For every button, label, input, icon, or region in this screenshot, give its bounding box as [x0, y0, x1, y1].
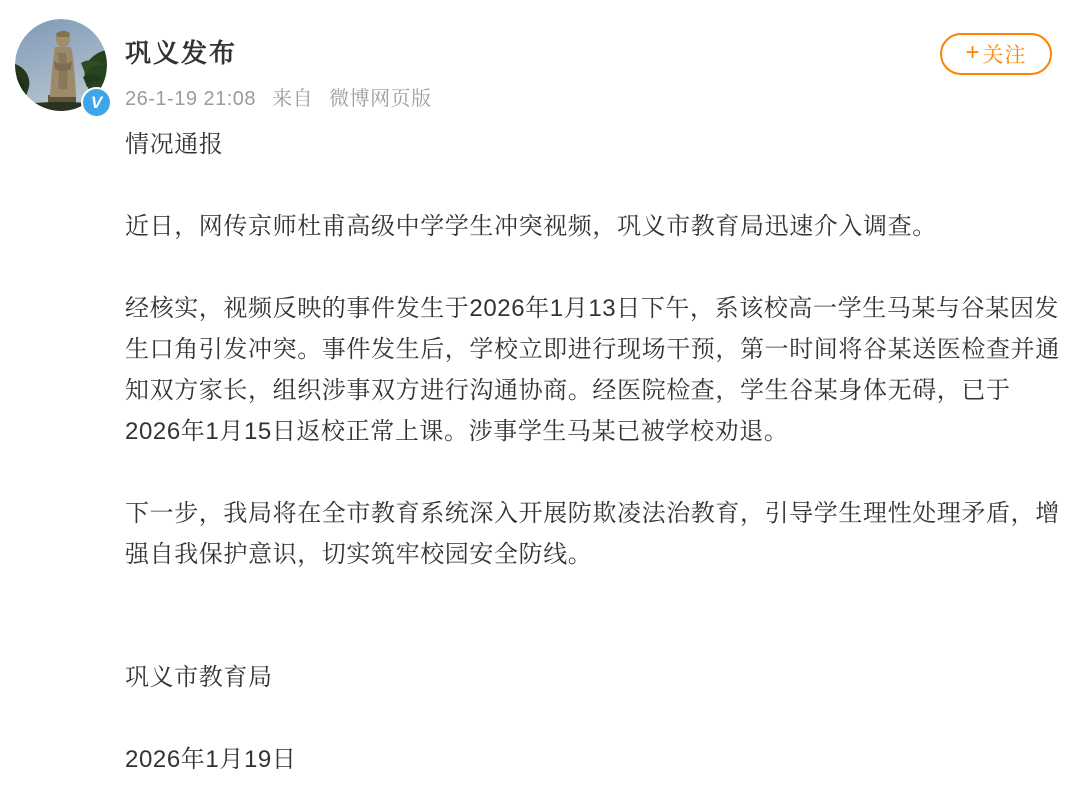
content-line-9: 下一步，我局将在全市教育系统深入开展防欺凌法治教育，引导学生理性处理矛盾，增 [125, 493, 1057, 534]
post-time: 26-1-19 21:08 [125, 88, 256, 110]
verified-badge-icon: V [81, 87, 112, 118]
avatar[interactable]: V [15, 19, 107, 111]
content-line-7: 2026年1月15日返校正常上课。涉事学生马某已被学校劝退。 [125, 411, 1057, 452]
content-line-11 [125, 575, 1057, 616]
weibo-post: V 巩义发布 26-1-19 21:08 来自 微博网页版 + 关注 情况通报近… [0, 0, 1080, 787]
content-line-14 [125, 698, 1057, 739]
follow-button-label: 关注 [983, 39, 1027, 69]
source-link[interactable]: 微博网页版 [329, 88, 432, 110]
content-line-6: 知双方家长，组织涉事双方进行沟通协商。经医院检查，学生谷某身体无碍，已于 [125, 370, 1057, 411]
content-line-5: 生口角引发冲突。事件发生后，学校立即进行现场干预，第一时间将谷某送医检查并通 [125, 329, 1057, 370]
content-line-12 [125, 616, 1057, 657]
author-name[interactable]: 巩义发布 [125, 33, 237, 70]
post-content: 情况通报近日，网传京师杜甫高级中学学生冲突视频，巩义市教育局迅速介入调查。经核实… [125, 124, 1057, 780]
follow-button[interactable]: + 关注 [940, 33, 1052, 75]
content-line-4: 经核实，视频反映的事件发生于2026年1月13日下午，系该校高一学生马某与谷某因… [125, 288, 1057, 329]
post-meta: 26-1-19 21:08 来自 微博网页版 [125, 82, 432, 111]
source-label: 来自 [272, 88, 313, 110]
content-line-2: 近日，网传京师杜甫高级中学学生冲突视频，巩义市教育局迅速介入调查。 [125, 206, 1057, 247]
content-line-15: 2026年1月19日 [125, 739, 1057, 780]
content-line-0: 情况通报 [125, 124, 1057, 165]
plus-icon: + [965, 41, 980, 65]
content-line-10: 强自我保护意识，切实筑牢校园安全防线。 [125, 534, 1057, 575]
content-line-3 [125, 247, 1057, 288]
content-line-8 [125, 452, 1057, 493]
content-line-13: 巩义市教育局 [125, 657, 1057, 698]
content-line-1 [125, 165, 1057, 206]
